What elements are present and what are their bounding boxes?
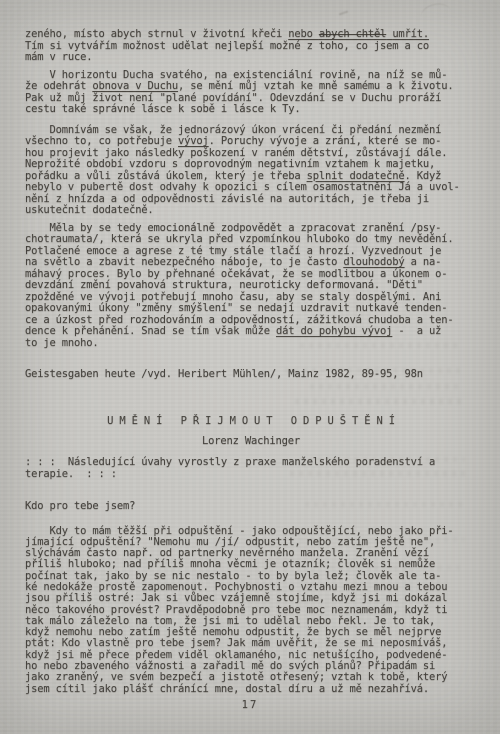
text-line: uskutečnit dodatečně. bbox=[25, 205, 477, 217]
editorial-note: : : : Následující úvahy vyrostly z praxe… bbox=[25, 457, 477, 480]
paragraph-development: Domnívám se však, že jednorázový úkon vr… bbox=[25, 125, 477, 217]
source-citation: Geistesgaben heute /vyd. Heribert Mühlen… bbox=[25, 369, 477, 381]
section-question: Kdo pro tebe jsem? bbox=[25, 501, 477, 513]
pen-mark bbox=[419, 1, 450, 17]
page-content: zeného, místo abych strnul v životní kře… bbox=[25, 29, 477, 695]
chapter-title: U M Ě N Í P Ř I J M O U T O D P U Š T Ě … bbox=[25, 414, 477, 428]
scanned-page: zeného, místo abych strnul v životní kře… bbox=[0, 0, 500, 734]
text-line: terapie. : : : bbox=[25, 469, 477, 481]
author-name: Lorenz Wachinger bbox=[25, 436, 477, 448]
paragraph-traumas: Měla by se tedy emocionálně zodpovědět a… bbox=[25, 223, 477, 350]
paragraph-continuation: zeného, místo abych strnul v životní kře… bbox=[25, 29, 477, 64]
page-number: 17 bbox=[0, 699, 500, 711]
text-line: to je mnoho. bbox=[25, 338, 477, 350]
text-line: jsem cítil jako plášť chránící mne, dost… bbox=[25, 684, 477, 695]
text-line: Tím si vytvářím možnost udělat nejlepší … bbox=[25, 41, 477, 53]
paragraph-forgiveness: Kdy to mám těžší při odpuštění - jako od… bbox=[25, 526, 477, 695]
paragraph-holy-spirit: V horizontu Ducha svatého, na existenciá… bbox=[25, 70, 477, 116]
text-line: cestu také správné lásce k sobě i lásce … bbox=[25, 104, 477, 116]
text-line: mám v ruce. bbox=[25, 52, 477, 64]
pen-mark bbox=[339, 11, 348, 16]
